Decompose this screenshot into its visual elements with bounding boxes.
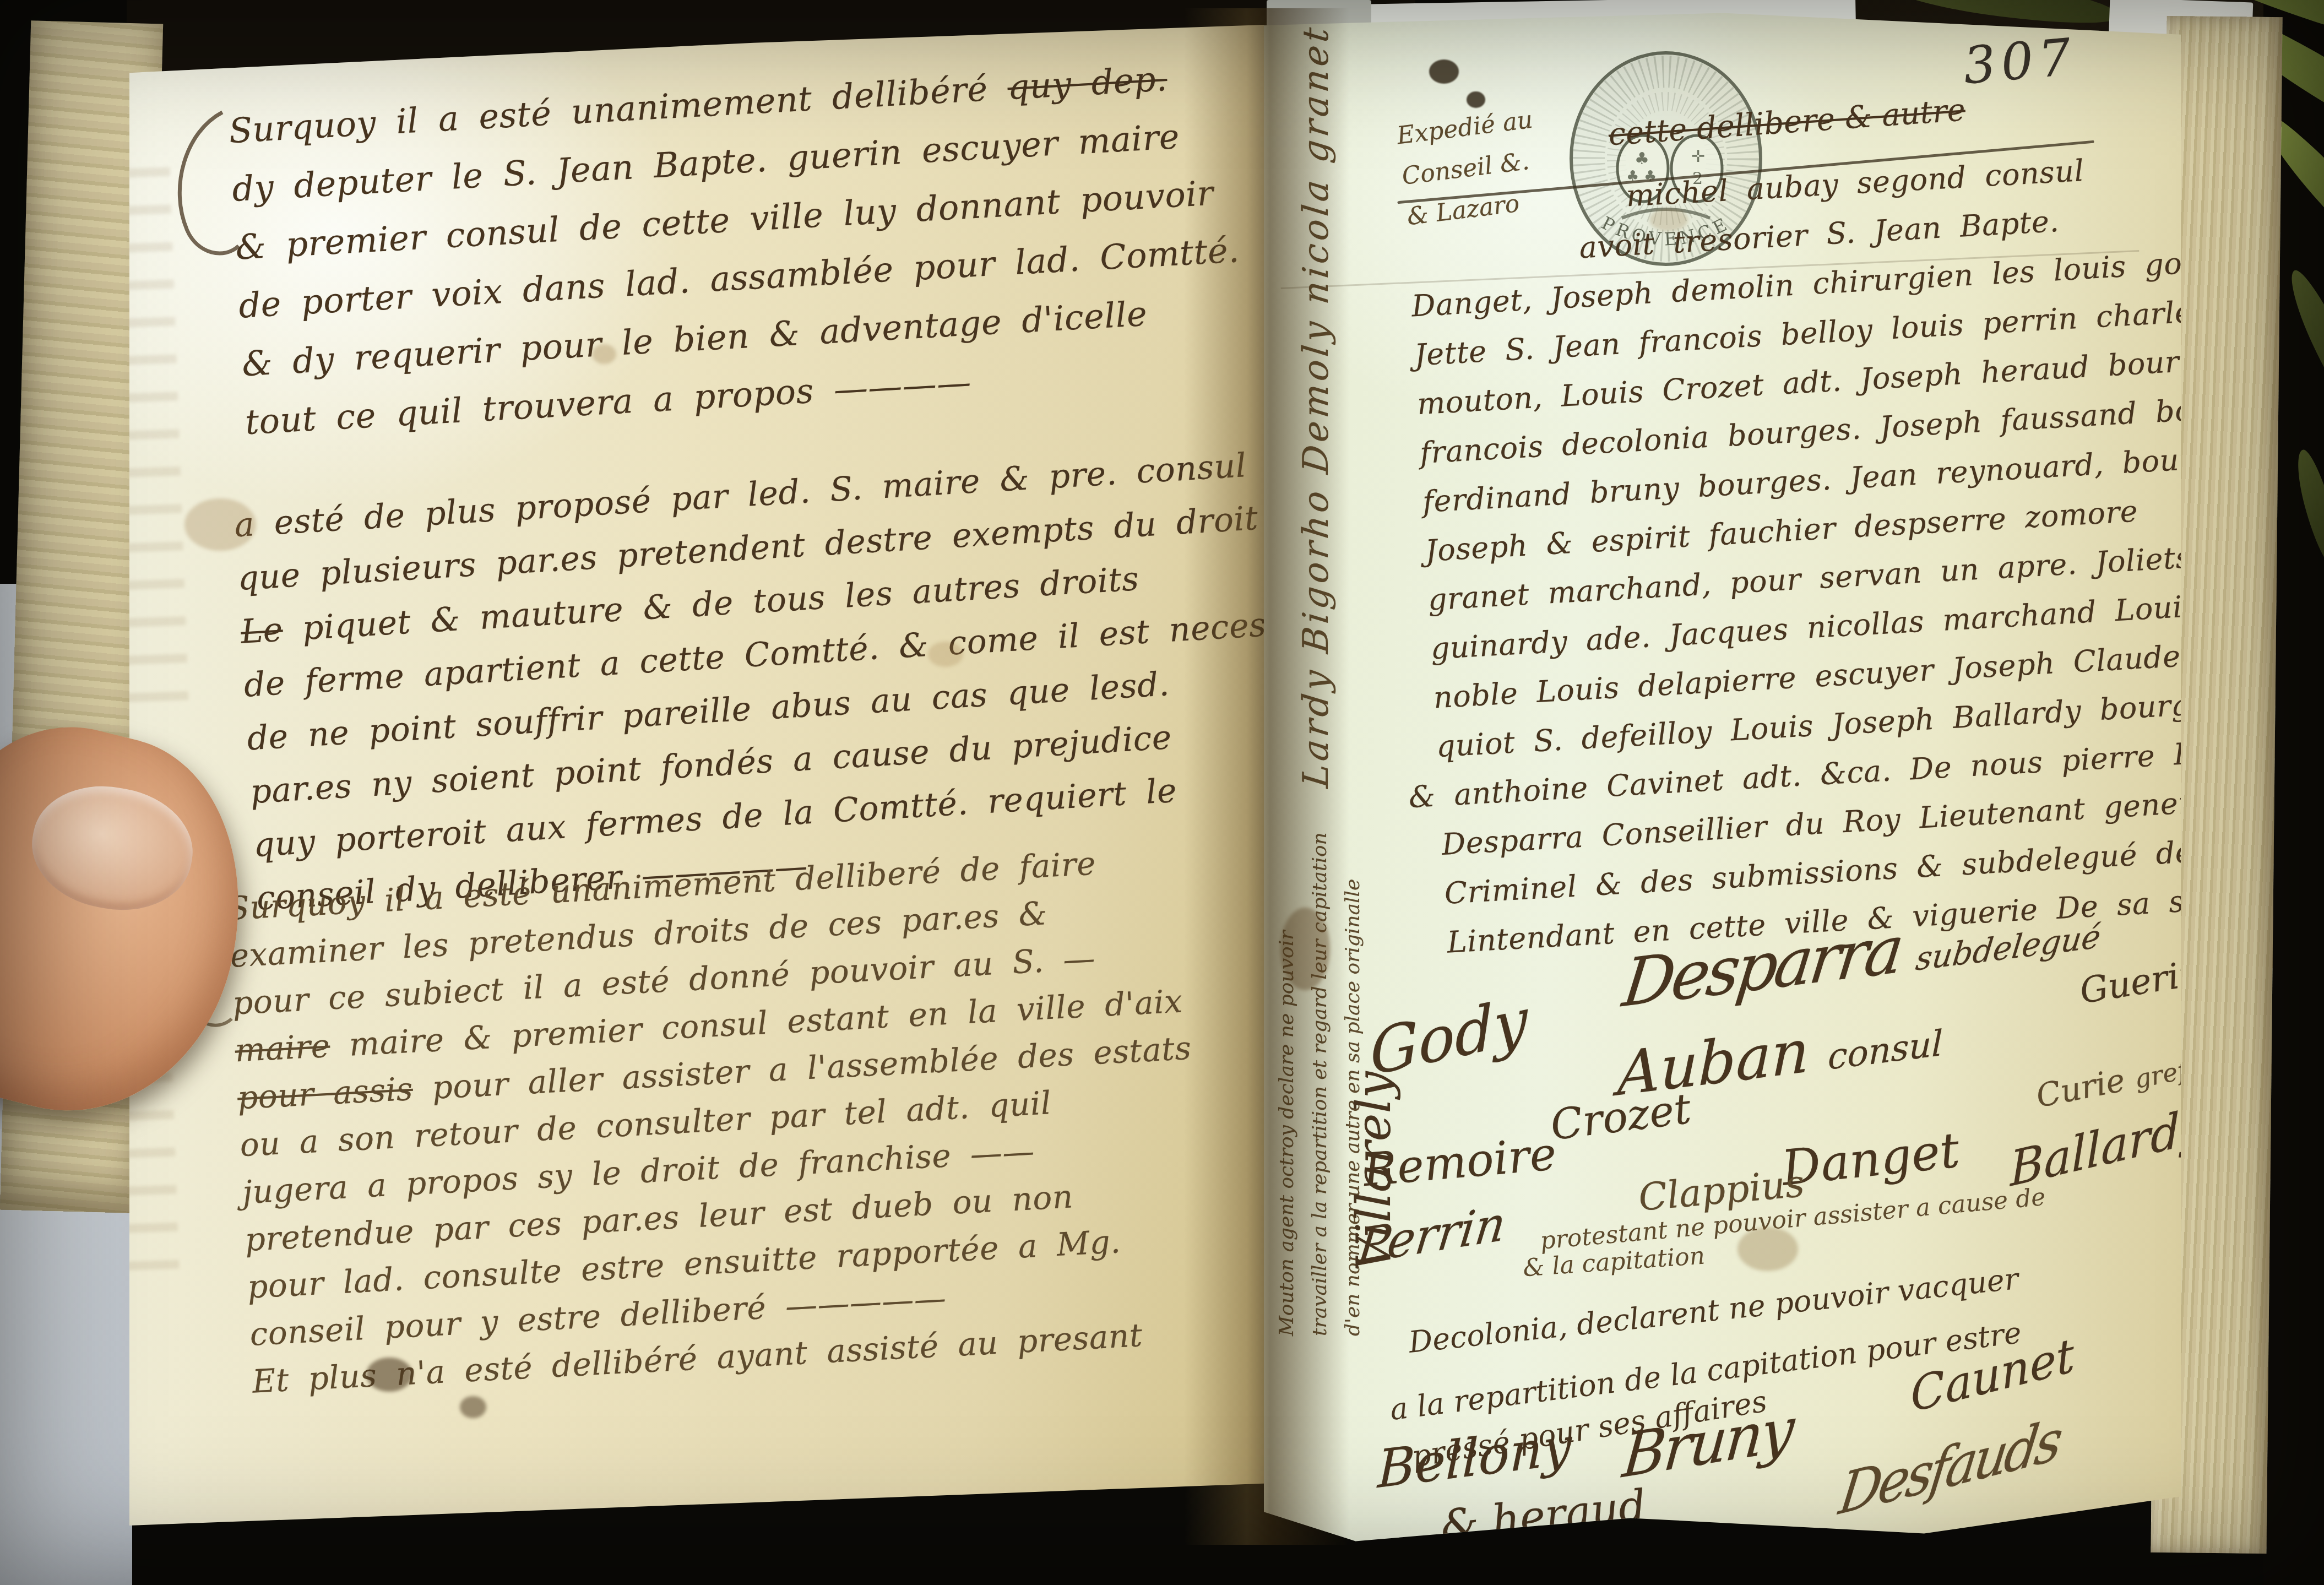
ink-stain (1737, 1227, 1798, 1271)
opening-swash (162, 107, 248, 276)
signature-bellony: Bellony (1377, 1416, 1572, 1500)
ink-stain (366, 1358, 412, 1392)
vertical-margin-signatures: Lardy Bigorho Demoly nicola granet fauch… (1296, 213, 1337, 790)
ink-blot (1429, 59, 1459, 84)
cross-icon: ✛ (1691, 147, 1705, 166)
left-page: Surquoy il a esté unanimement dellibéré … (129, 25, 1264, 1526)
photo-open-manuscript-register: Surquoy il a esté unanimement dellibéré … (0, 0, 2324, 1585)
signature-title: subdelegué (1914, 917, 2103, 978)
foxing-spot (1649, 208, 1688, 231)
signature-crozet: Crozet (1548, 1084, 1694, 1150)
paragraph-deliberation-2: Surquoy il a esté unanimement delliberé … (226, 840, 1207, 1410)
struck-text: Le (240, 610, 284, 651)
signature-name: Curie (2033, 1061, 2128, 1115)
struck-text: maire (234, 1027, 331, 1070)
foxing-spot (184, 498, 256, 551)
paragraph-deliberation-1: Surquoy il a esté unanimement dellibéré … (228, 55, 1248, 461)
ink-stain (460, 1396, 486, 1418)
right-page: 307 ♣ ♣ ♣ ✛ 2 PROVENCE Expedié au Consei… (1264, 10, 2181, 1552)
vertical-note-line: travailler a la repartition et regard le… (1304, 796, 1337, 1336)
folio-number: 307 (1961, 27, 2079, 96)
signature-title: consul (1827, 1023, 1943, 1078)
foxing-spot (928, 642, 963, 667)
struck-text: quy dep. (1006, 58, 1168, 107)
signature-ballardy: Ballardy (2010, 1097, 2207, 1198)
foxing-spot (592, 344, 616, 364)
signature-desfauds: Desfauds (1836, 1407, 2064, 1529)
signature-heraud: & heraud (1438, 1481, 1648, 1552)
vertical-note-line: Mouton agent octroy declare ne pouvoir (1270, 796, 1304, 1336)
signature-danget: Danget (1779, 1121, 1962, 1196)
ink-smear (1280, 908, 1330, 990)
fleur-de-lis-icon: ♣ (1635, 149, 1649, 169)
